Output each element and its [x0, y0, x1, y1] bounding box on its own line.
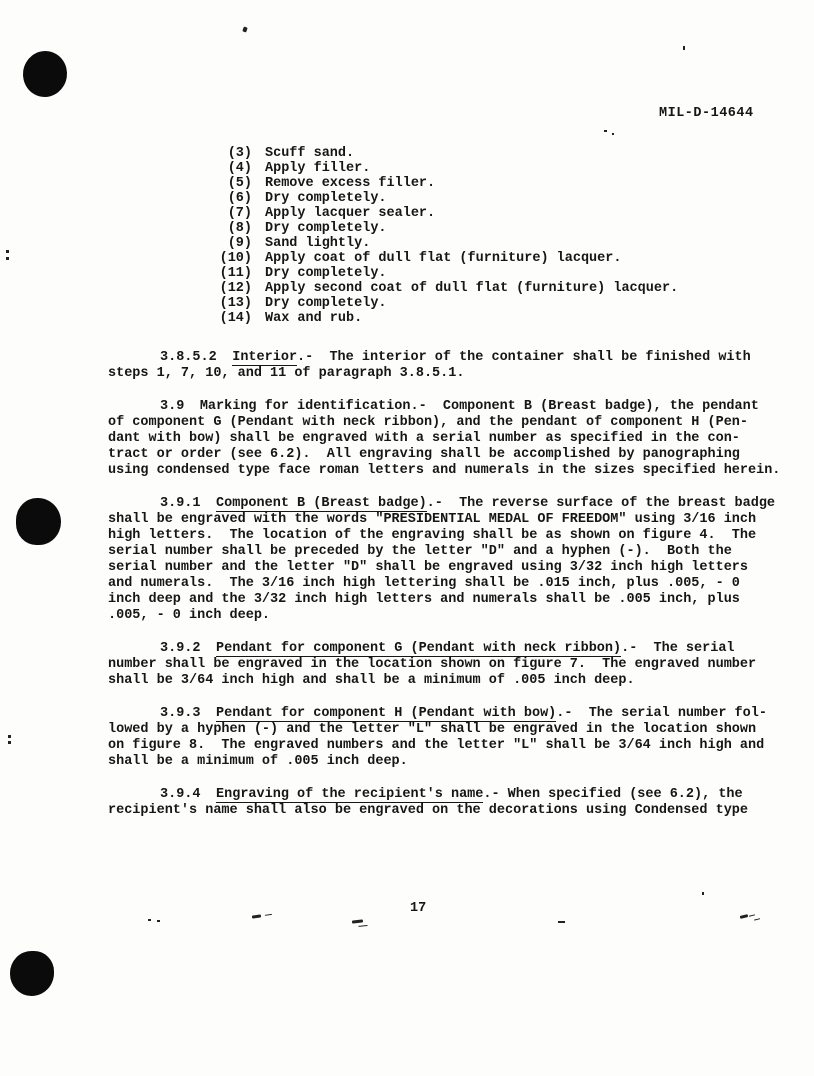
list-item-number: (5) — [178, 176, 252, 191]
paragraph-line: lowed by a hyphen (-) and the letter "L"… — [108, 722, 808, 738]
paragraph-first-line: 3.9.3Pendant for component H (Pendant wi… — [108, 706, 808, 722]
hole-punch-mark — [16, 498, 61, 545]
scan-speck — [612, 133, 614, 135]
paragraph-line: shall be engraved with the words "PRESID… — [108, 512, 808, 528]
paragraph-number: 3.9.1 — [160, 496, 201, 511]
scan-speck — [352, 919, 363, 923]
paragraph-line: .005, - 0 inch deep. — [108, 608, 808, 624]
paragraph-heading: Pendant for component G (Pendant with ne… — [216, 641, 621, 657]
body-paragraphs: 3.8.5.2Interior.- The interior of the co… — [108, 350, 808, 836]
list-item: (9)Sand lightly. — [178, 236, 678, 251]
paragraph-first-line: 3.9.1Component B (Breast badge).- The re… — [108, 496, 808, 512]
paragraph-line: on figure 8. The engraved numbers and th… — [108, 738, 808, 754]
list-item-number: (9) — [178, 236, 252, 251]
paragraph-3.9.1: 3.9.1Component B (Breast badge).- The re… — [108, 496, 808, 624]
list-item-number: (10) — [178, 251, 252, 266]
list-item-number: (6) — [178, 191, 252, 206]
paragraph-heading-sep: .- — [410, 399, 426, 414]
list-item-number: (14) — [178, 311, 252, 326]
paragraph-number: 3.8.5.2 — [160, 350, 217, 365]
list-item-number: (12) — [178, 281, 252, 296]
list-item: (12)Apply second coat of dull flat (furn… — [178, 281, 678, 296]
list-item: (10)Apply coat of dull flat (furniture) … — [178, 251, 678, 266]
scan-speck — [683, 46, 685, 50]
paragraph-heading: Engraving of the recipient's name — [216, 787, 483, 803]
hole-punch-mark — [10, 951, 54, 996]
list-item: (4)Apply filler. — [178, 161, 678, 176]
list-item-number: (4) — [178, 161, 252, 176]
finish-steps-list: (3)Scuff sand.(4)Apply filler.(5)Remove … — [178, 146, 678, 326]
scan-speck — [8, 735, 11, 738]
scan-speck — [558, 921, 565, 923]
list-item-text: Apply lacquer sealer. — [265, 206, 435, 221]
paragraph-number: 3.9 — [160, 399, 184, 414]
paragraph-line: shall be a minimum of .005 inch deep. — [108, 754, 808, 770]
list-item-number: (13) — [178, 296, 252, 311]
paragraph-text: The reverse surface of the breast badge — [443, 496, 775, 511]
document-page: MIL-D-14644 (3)Scuff sand.(4)Apply fille… — [0, 0, 814, 1076]
scan-speck — [242, 26, 247, 32]
paragraph-3.8.5.2: 3.8.5.2Interior.- The interior of the co… — [108, 350, 808, 382]
hole-punch-mark — [20, 48, 70, 100]
paragraph-heading-sep: .- — [483, 787, 499, 802]
list-item-text: Dry completely. — [265, 221, 387, 236]
scan-speck — [740, 914, 748, 919]
scan-speck — [148, 919, 151, 921]
paragraph-3.9.4: 3.9.4Engraving of the recipient's name.-… — [108, 787, 808, 819]
paragraph-line: serial number shall be preceded by the l… — [108, 544, 808, 560]
paragraph-heading-sep: .- — [556, 706, 572, 721]
paragraph-line: recipient's name shall also be engraved … — [108, 803, 808, 819]
paragraph-line: tract or order (see 6.2). All engraving … — [108, 447, 808, 463]
list-item-text: Dry completely. — [265, 191, 387, 206]
list-item-number: (8) — [178, 221, 252, 236]
paragraph-text: The serial — [637, 641, 734, 656]
paragraph-number: 3.9.2 — [160, 641, 201, 656]
list-item-number: (7) — [178, 206, 252, 221]
paragraph-3.9.3: 3.9.3Pendant for component H (Pendant wi… — [108, 706, 808, 770]
paragraph-number: 3.9.4 — [160, 787, 201, 802]
paragraph-line: high letters. The location of the engrav… — [108, 528, 808, 544]
list-item-text: Sand lightly. — [265, 236, 370, 251]
scan-speck — [6, 250, 9, 253]
paragraph-first-line: 3.9Marking for identification.- Componen… — [108, 399, 808, 415]
paragraph-text: When specified (see 6.2), the — [500, 787, 743, 802]
list-item-number: (11) — [178, 266, 252, 281]
list-item-number: (3) — [178, 146, 252, 161]
doc-number: MIL-D-14644 — [659, 106, 754, 121]
list-item: (7)Apply lacquer sealer. — [178, 206, 678, 221]
list-item: (11)Dry completely. — [178, 266, 678, 281]
paragraph-line: dant with bow) shall be engraved with a … — [108, 431, 808, 447]
paragraph-line: of component G (Pendant with neck ribbon… — [108, 415, 808, 431]
paragraph-3.9.2: 3.9.2Pendant for component G (Pendant wi… — [108, 641, 808, 689]
paragraph-line: number shall be engraved in the location… — [108, 657, 808, 673]
paragraph-text: Component B (Breast badge), the pendant — [427, 399, 759, 414]
paragraph-heading-sep: .- — [621, 641, 637, 656]
paragraph-first-line: 3.9.2Pendant for component G (Pendant wi… — [108, 641, 808, 657]
paragraph-line: serial number and the letter "D" shall b… — [108, 560, 808, 576]
paragraph-heading-sep: .- — [427, 496, 443, 511]
list-item-text: Apply second coat of dull flat (furnitur… — [265, 281, 678, 296]
scan-speck — [604, 130, 607, 132]
paragraph-heading-sep: .- — [297, 350, 313, 365]
list-item-text: Remove excess filler. — [265, 176, 435, 191]
list-item-text: Dry completely. — [265, 296, 387, 311]
paragraph-text: The interior of the container shall be f… — [313, 350, 750, 365]
paragraph-heading: Pendant for component H (Pendant with bo… — [216, 706, 556, 722]
paragraph-text: The serial number fol- — [573, 706, 767, 721]
paragraph-heading: Component B (Breast badge) — [216, 496, 427, 512]
paragraph-first-line: 3.8.5.2Interior.- The interior of the co… — [108, 350, 808, 366]
list-item-text: Wax and rub. — [265, 311, 362, 326]
paragraph-heading: Interior — [232, 350, 297, 366]
list-item: (3)Scuff sand. — [178, 146, 678, 161]
paragraph-number: 3.9.3 — [160, 706, 201, 721]
paragraph-line: steps 1, 7, 10, and 11 of paragraph 3.8.… — [108, 366, 808, 382]
list-item-text: Dry completely. — [265, 266, 387, 281]
paragraph-3.9: 3.9Marking for identification.- Componen… — [108, 399, 808, 479]
list-item-text: Apply filler. — [265, 161, 370, 176]
list-item: (5)Remove excess filler. — [178, 176, 678, 191]
list-item: (14)Wax and rub. — [178, 311, 678, 326]
list-item-text: Apply coat of dull flat (furniture) lacq… — [265, 251, 621, 266]
paragraph-line: shall be 3/64 inch high and shall be a m… — [108, 673, 808, 689]
page-number: 17 — [410, 901, 426, 916]
paragraph-line: inch deep and the 3/32 inch high letters… — [108, 592, 808, 608]
list-item: (13)Dry completely. — [178, 296, 678, 311]
list-item-text: Scuff sand. — [265, 146, 354, 161]
paragraph-heading: Marking for identification — [200, 399, 411, 414]
paragraph-line: using condensed type face roman letters … — [108, 463, 808, 479]
paragraph-line: and numerals. The 3/16 inch high letteri… — [108, 576, 808, 592]
paragraph-first-line: 3.9.4Engraving of the recipient's name.-… — [108, 787, 808, 803]
list-item: (8)Dry completely. — [178, 221, 678, 236]
scan-speck — [252, 914, 261, 918]
list-item: (6)Dry completely. — [178, 191, 678, 206]
scan-speck — [702, 892, 704, 895]
